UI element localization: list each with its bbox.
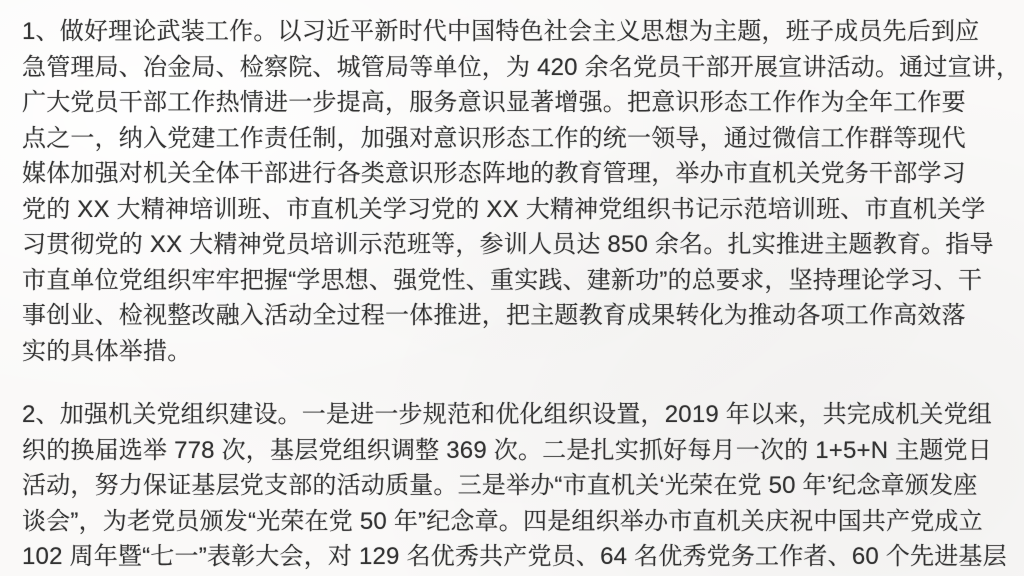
text-line: 习贯彻党的 XX 大精神党员培训示范班等，参训人员达 850 余名。扎实推进主题… bbox=[22, 227, 1008, 263]
text-line: 市直单位党组织牢牢把握“学思想、强党性、重实践、建新功”的总要求，坚持理论学习、… bbox=[22, 263, 1008, 299]
document-page: 1、做好理论武装工作。以习近平新时代中国特色社会主义思想为主题，班子成员先后到应… bbox=[0, 0, 1024, 576]
text-line: 谈会”，为老党员颁发“光荣在党 50 年”纪念章。四是组织举办市直机关庆祝中国共… bbox=[22, 504, 1008, 540]
paragraph-2: 2、加强机关党组织建设。一是进一步规范和优化组织设置，2019 年以来，共完成机… bbox=[22, 397, 1008, 575]
text-line: 102 周年暨“七一”表彰大会，对 129 名优秀共产党员、64 名优秀党务工作… bbox=[22, 539, 1008, 575]
text-line: 2、加强机关党组织建设。一是进一步规范和优化组织设置，2019 年以来，共完成机… bbox=[22, 397, 1008, 433]
paragraph-1: 1、做好理论武装工作。以习近平新时代中国特色社会主义思想为主题，班子成员先后到应… bbox=[22, 14, 1008, 369]
text-line: 1、做好理论武装工作。以习近平新时代中国特色社会主义思想为主题，班子成员先后到应 bbox=[22, 14, 1008, 50]
text-line: 广大党员干部工作热情进一步提高，服务意识显著增强。把意识形态工作作为全年工作要 bbox=[22, 85, 1008, 121]
text-line: 织的换届选举 778 次，基层党组织调整 369 次。二是扎实抓好每月一次的 1… bbox=[22, 433, 1008, 469]
text-line: 实的具体举措。 bbox=[22, 334, 1008, 370]
text-line: 急管理局、冶金局、检察院、城管局等单位，为 420 余名党员干部开展宣讲活动。通… bbox=[22, 50, 1008, 86]
text-line: 媒体加强对机关全体干部进行各类意识形态阵地的教育管理，举办市直机关党务干部学习 bbox=[22, 156, 1008, 192]
text-line: 活动，努力保证基层党支部的活动质量。三是举办“市直机关‘光荣在党 50 年’纪念… bbox=[22, 468, 1008, 504]
text-line: 点之一，纳入党建工作责任制，加强对意识形态工作的统一领导，通过微信工作群等现代 bbox=[22, 121, 1008, 157]
text-line: 党的 XX 大精神培训班、市直机关学习党的 XX 大精神党组织书记示范培训班、市… bbox=[22, 192, 1008, 228]
text-line: 事创业、检视整改融入活动全过程一体推进，把主题教育成果转化为推动各项工作高效落 bbox=[22, 298, 1008, 334]
